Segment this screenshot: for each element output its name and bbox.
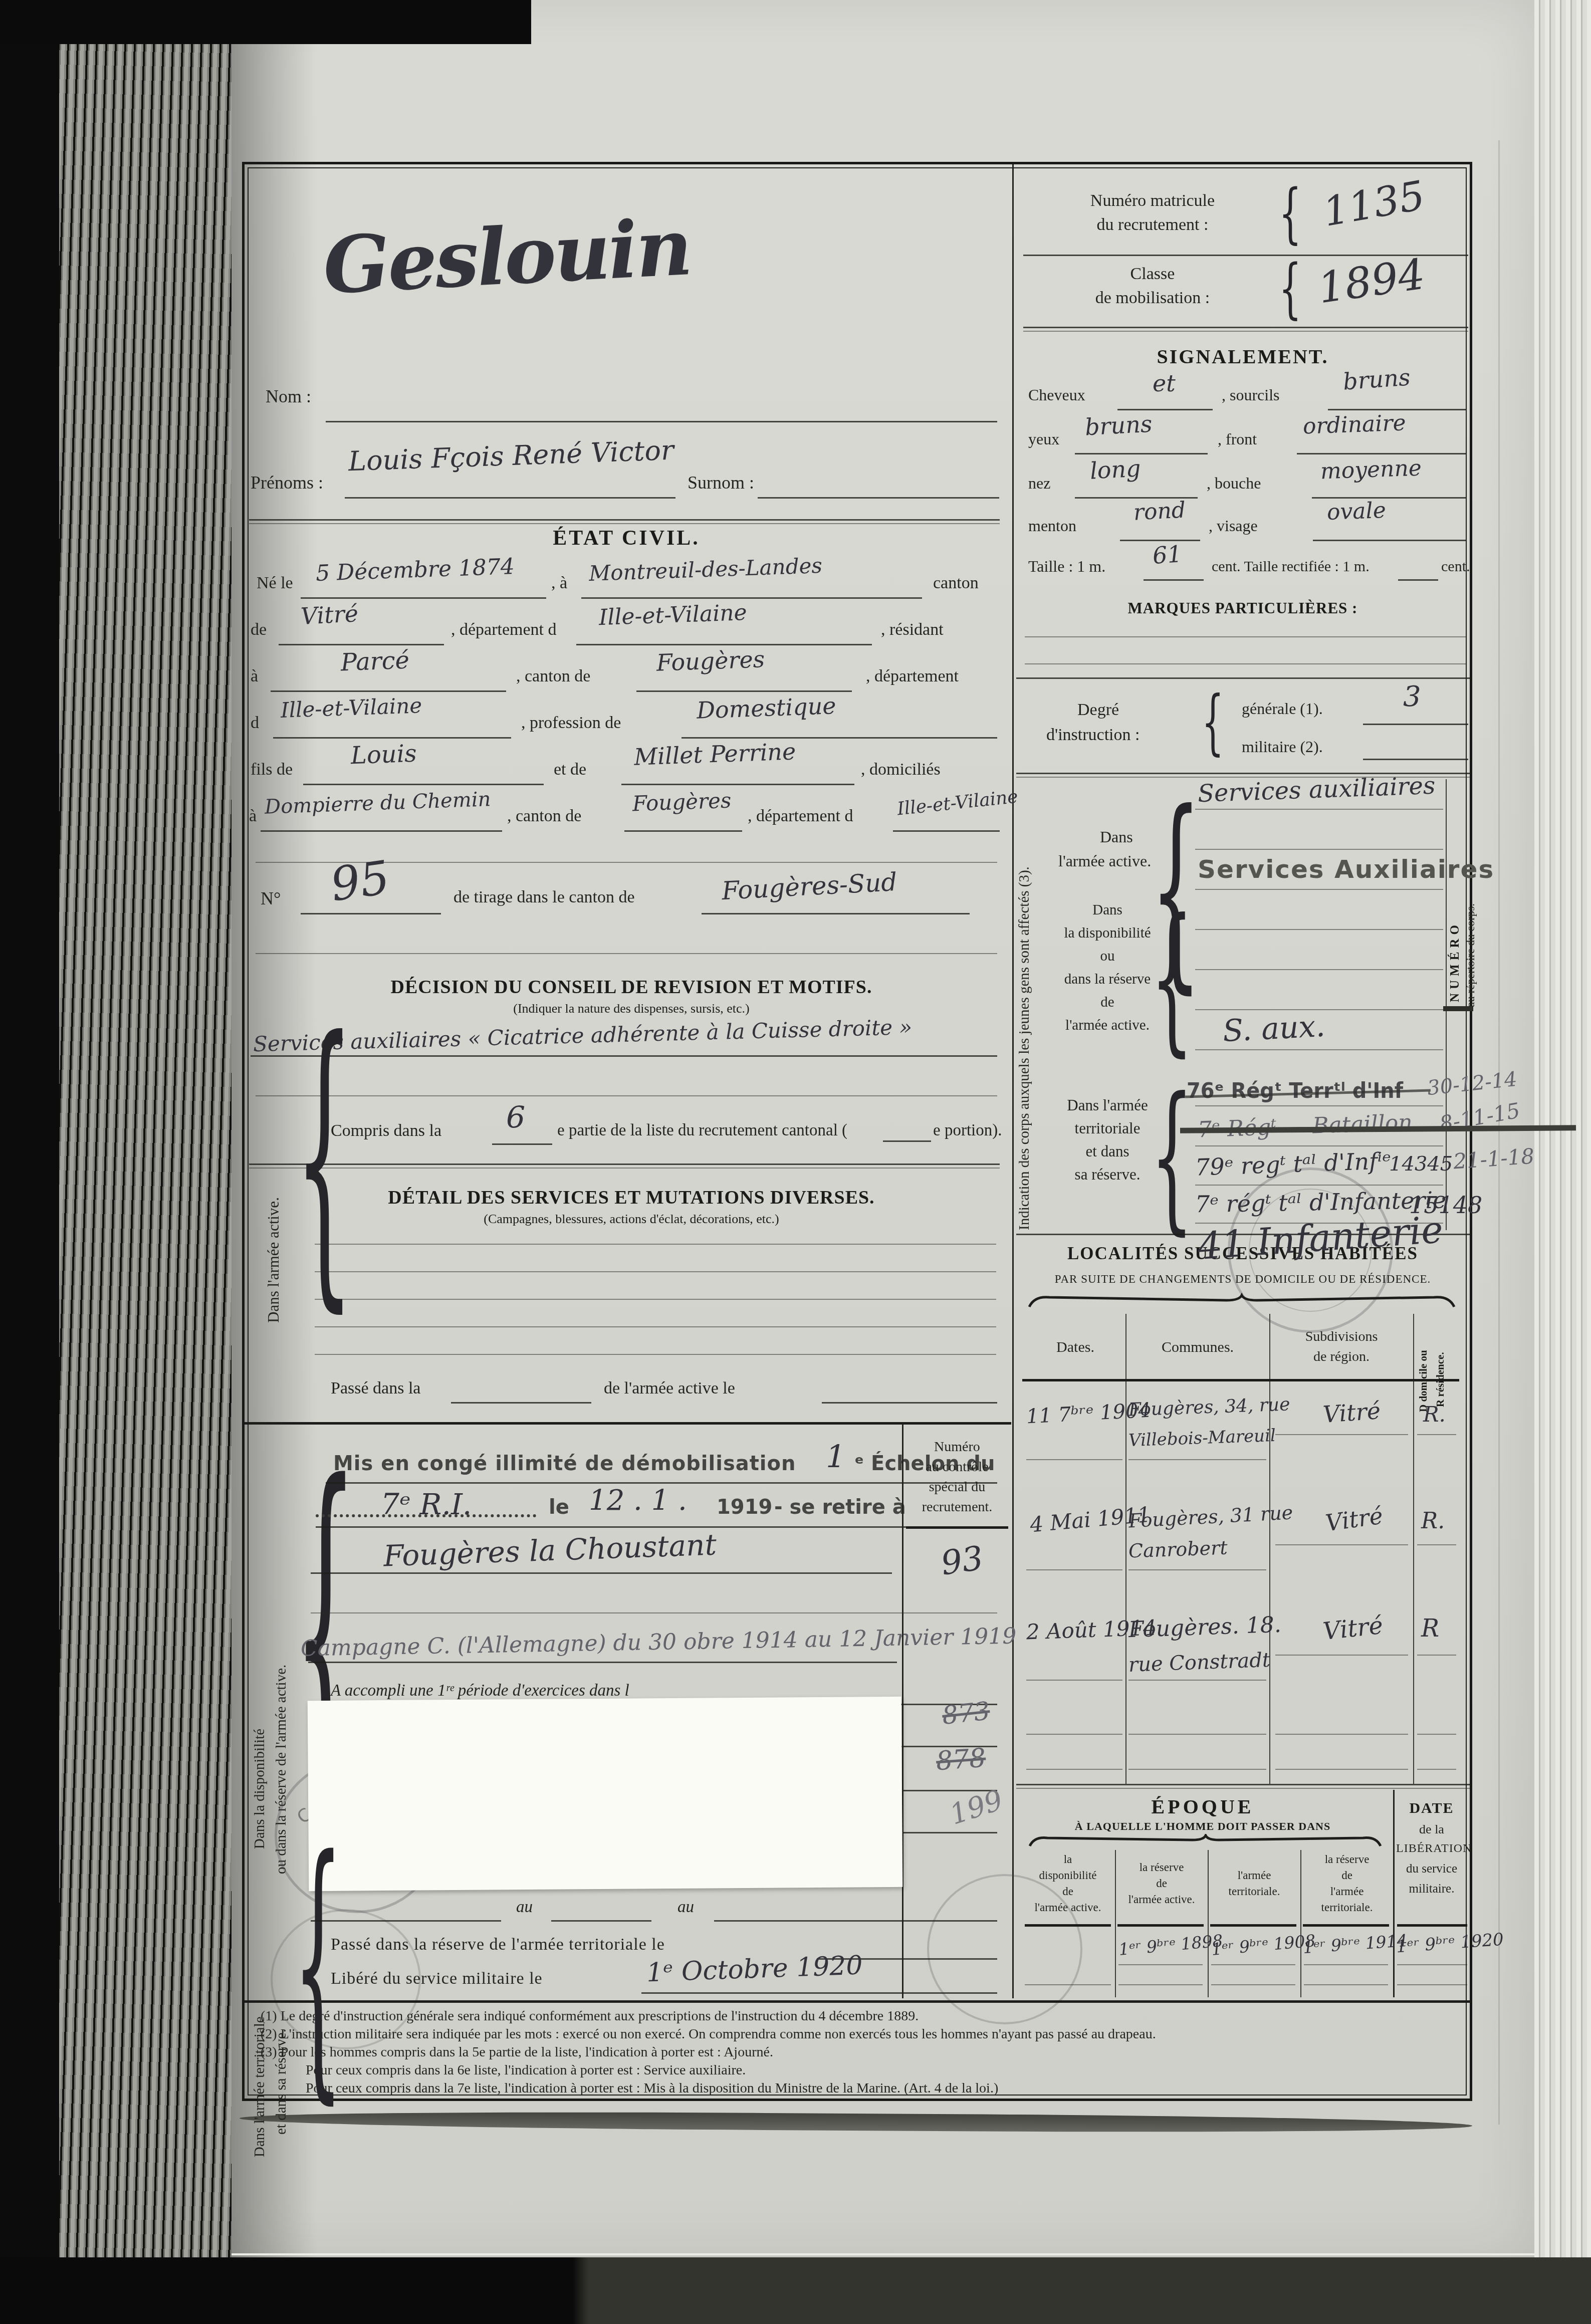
ul: [279, 644, 444, 645]
corps-dispo-label-1: la disponibilité: [1052, 925, 1163, 942]
canton-parents: Fougères: [632, 788, 732, 816]
blank-rule: [256, 1095, 997, 1096]
ul: [261, 830, 502, 832]
ul: [636, 690, 852, 692]
ul: [624, 830, 742, 832]
epoque-title: ÉPOQUE: [1052, 1795, 1353, 1818]
blank-rule: [1025, 636, 1466, 637]
epoque-col2-l0: la réserve: [1116, 1861, 1207, 1874]
epoque-header-rule: [1397, 1924, 1467, 1927]
nom-underline: [326, 421, 997, 422]
row-line: [1417, 1655, 1456, 1656]
epoque-top-rule-2: [1016, 1788, 1470, 1789]
epoque-value-rule: [1118, 1964, 1203, 1965]
row-line: [1128, 1734, 1266, 1735]
controle-header-1: Numéro: [904, 1439, 1010, 1455]
canton-de-label: , canton de: [516, 667, 590, 686]
compris-partie: 6: [506, 1100, 525, 1135]
matricule-label-2: du recrutement :: [1032, 215, 1273, 235]
localite-row1-subdiv: Vitré: [1322, 1397, 1381, 1428]
scanned-register-page: Nom : Geslouin Prénoms : Louis Fçois Ren…: [0, 0, 1591, 2324]
fore-edge: [1534, 0, 1591, 2324]
residence: Parcé: [340, 646, 410, 677]
row-line: [1128, 1680, 1266, 1681]
row-line: [1026, 1459, 1122, 1460]
ul: [681, 737, 997, 739]
signalement-title: SIGNALEMENT.: [1042, 345, 1443, 368]
cheveux-label: Cheveux: [1028, 386, 1085, 404]
canton-residence: Fougères: [656, 645, 765, 676]
ruled-line: [315, 1244, 996, 1245]
epoque-date-divider: [1393, 1790, 1395, 1997]
menton-label: menton: [1028, 517, 1076, 535]
controle-header-3: spécial du: [904, 1479, 1010, 1495]
surnom-underline: [758, 497, 999, 499]
epoque-brace: [1027, 1834, 1383, 1847]
decision-subtitle: (Indiquer la nature des dispenses, sursi…: [281, 1001, 982, 1016]
localites-brace: [1026, 1293, 1457, 1308]
epoque-subtitle: À LAQUELLE L'HOMME DOIT PASSER DANS: [1032, 1820, 1373, 1833]
controle-header-2: au contrôle: [904, 1459, 1010, 1475]
marques-label: MARQUES PARTICULIÈRES :: [1042, 599, 1443, 617]
localites-col-dr-1: D domicile ou: [1417, 1317, 1430, 1412]
tirage-no-value: 95: [327, 850, 393, 911]
fils-de-label: fils de: [251, 760, 293, 779]
divider: [1016, 677, 1470, 679]
localite-row3-commune-1: Fougères. 18.: [1128, 1612, 1281, 1643]
controle-n1: 93: [939, 1539, 986, 1583]
libere-label: Libéré du service militaire le: [331, 1969, 543, 1988]
localites-col-line-3: [1413, 1314, 1414, 1784]
matricule-brace: {: [1279, 180, 1301, 246]
ul: [893, 830, 1000, 832]
de-label: de: [251, 620, 267, 639]
ul: [714, 1920, 997, 1922]
passe-active-label-1: Passé dans la: [331, 1379, 420, 1398]
nez-label: nez: [1028, 474, 1050, 493]
identity-divider-1: [249, 519, 1000, 521]
footnote-divider: [245, 2000, 1470, 2003]
classe-label-1: Classe: [1032, 265, 1273, 284]
sourcils-value: bruns: [1342, 363, 1411, 395]
row-line: [1275, 1655, 1408, 1656]
epoque-empty-rule: [1211, 1984, 1295, 1985]
ul: [621, 784, 854, 785]
militaire-label: militaire (2).: [1242, 738, 1323, 756]
ul: [308, 1662, 897, 1663]
epoque-date-l3: du service: [1396, 1862, 1467, 1876]
ul: [451, 1402, 591, 1404]
pere: Louis: [350, 740, 417, 770]
localite-row3-dr: R: [1421, 1614, 1439, 1643]
ul: [1144, 579, 1204, 581]
repertoire-label-1: NUMÉRO: [1448, 792, 1462, 1002]
ruled-line: [315, 1354, 996, 1355]
identity-divider-2: [249, 523, 1000, 524]
ul: [1312, 497, 1466, 499]
localites-col-dates: Dates.: [1025, 1339, 1125, 1356]
row-line: [1026, 1734, 1122, 1735]
localites-subtitle: PAR SUITE DE CHANGEMENTS DE DOMICILE OU …: [1032, 1273, 1453, 1286]
row-line: [1026, 1569, 1122, 1570]
row-line: [1275, 1734, 1408, 1735]
epoque-col3-l0: l'armée: [1209, 1869, 1299, 1882]
classe-rule: [1023, 327, 1468, 328]
brace-armee-active: {: [295, 1002, 354, 1313]
canton-naissance: Vitré: [300, 600, 359, 630]
nez-value: long: [1089, 454, 1142, 484]
ul: [326, 1482, 997, 1484]
controle-header-4: recrutement.: [904, 1499, 1010, 1515]
compris-label-3: e portion).: [933, 1121, 1002, 1140]
epoque-value-rule: [1397, 1964, 1467, 1965]
epoque-col2-l1: de: [1116, 1877, 1207, 1890]
footnote-4: Pour ceux compris dans la 6e liste, l'in…: [306, 2062, 746, 2078]
corps-dispo-label-4: de: [1052, 994, 1163, 1011]
section-label-armee-active: Dans l'armée active.: [265, 1042, 283, 1323]
epoque-date-l1: de la: [1396, 1822, 1467, 1837]
section-divider-2: [249, 1168, 1000, 1169]
corps-dispo-label-0: Dans: [1052, 902, 1163, 918]
corps-dispo-label-2: ou: [1052, 948, 1163, 965]
localite-row2-dr: R.: [1421, 1508, 1445, 1534]
ul: [702, 913, 970, 914]
row-line: [1275, 1544, 1408, 1545]
degre-brace: {: [1202, 687, 1224, 758]
ul: [576, 644, 872, 645]
corps-line: [1195, 889, 1443, 890]
epoque-col3-l1: territoriale.: [1209, 1885, 1299, 1898]
departement-naissance: Ille-et-Vilaine: [598, 600, 747, 630]
demob-annee: 1919: [717, 1496, 772, 1519]
ruled-line: [315, 1299, 996, 1300]
corps-line: [1195, 1049, 1443, 1050]
row-line: [1128, 1769, 1266, 1770]
controle-n2: 873: [941, 1696, 991, 1730]
demob-date: 12 . 1 .: [589, 1484, 687, 1517]
corps-s-aux: S. aux.: [1222, 1009, 1326, 1049]
repertoire-label-2: au répertoire du corps.: [1464, 787, 1477, 1007]
epoque-col1-l0: la: [1022, 1853, 1113, 1866]
classe-brace: {: [1279, 256, 1301, 321]
band-divider: [245, 1422, 1011, 1425]
ul: [1363, 724, 1468, 725]
etat-civil-title: ÉTAT CIVIL.: [426, 526, 827, 550]
ne-le-label: Né le: [257, 574, 293, 593]
row-line: [1128, 1459, 1266, 1460]
corps-line: [1195, 969, 1443, 970]
demob-le: le: [549, 1496, 569, 1519]
row-line: [1275, 1434, 1408, 1435]
ul: [1313, 540, 1466, 541]
departement-d-label: , département d: [451, 620, 557, 639]
prenoms-label: Prénoms :: [251, 472, 323, 493]
generale-value: 3: [1403, 680, 1421, 713]
localite-row2-commune-2: Canrobert: [1128, 1537, 1228, 1562]
epoque-col-line-2: [1208, 1850, 1209, 1997]
blank-rule: [256, 953, 997, 954]
ul: [1117, 409, 1213, 410]
mere: Millet Perrine: [633, 738, 796, 770]
menton-value: rond: [1133, 497, 1187, 525]
demob-stamp-1: Mis en congé illimité de démobilisation: [333, 1452, 796, 1475]
residant-label: , résidant: [881, 620, 944, 639]
ul: [301, 597, 546, 599]
epoque-date-l0: DATE: [1396, 1800, 1467, 1817]
surnom-label: Surnom :: [688, 472, 754, 493]
epoque-header-rule: [1210, 1924, 1296, 1927]
blank-rule: [1025, 663, 1466, 664]
page-crease: [1498, 140, 1500, 2125]
column-divider: [1012, 164, 1014, 1998]
ul: [1398, 579, 1438, 581]
footnote-1: (1) Le degré d'instruction générale sera…: [261, 2008, 919, 2024]
epoque-header-rule: [1303, 1924, 1389, 1927]
epoque-top-rule: [1016, 1784, 1470, 1785]
ul: [1297, 453, 1466, 454]
row-line: [1026, 1680, 1122, 1681]
services-title: DÉTAIL DES SERVICES ET MUTATIONS DIVERSE…: [281, 1187, 982, 1209]
yeux-value: bruns: [1084, 410, 1153, 441]
corps-line: [1195, 1145, 1443, 1146]
corps-dispo-label-5: l'armée active.: [1052, 1017, 1163, 1034]
strike-dotted: [316, 1514, 536, 1517]
bouche-label: , bouche: [1207, 474, 1261, 493]
departement-d2-label: , département d: [748, 807, 853, 826]
ul: [822, 1402, 997, 1404]
ul: [311, 1572, 892, 1574]
corps-active-label-2: l'armée active.: [1058, 852, 1151, 870]
taille-rect-label: cent. Taille rectifiée : 1 m.: [1212, 558, 1370, 575]
epoque-col-line-3: [1300, 1850, 1301, 1997]
degre-label-1: Degré: [1077, 701, 1119, 720]
a-label: , à: [551, 574, 567, 593]
sourcils-label: , sourcils: [1222, 386, 1280, 404]
row-line: [1417, 1434, 1456, 1435]
bouche-value: moyenne: [1320, 455, 1422, 484]
controle-n3: 878: [935, 1743, 987, 1777]
corps-dispo-stamp: Services Auxiliaires: [1198, 855, 1494, 884]
localites-col-subdiv-2: de région.: [1272, 1349, 1411, 1365]
page-stack-edge: [59, 0, 236, 2324]
departement-residence: Ille-et-Vilaine: [280, 693, 422, 723]
blank-rule: [311, 1612, 997, 1613]
matricule-label-1: Numéro matricule: [1032, 191, 1273, 210]
ul: [1075, 453, 1208, 454]
corps-line: [1195, 809, 1443, 810]
au-label-3: au: [516, 1898, 533, 1917]
cheveux-value: et: [1153, 370, 1176, 397]
visage-value: ovale: [1326, 498, 1386, 525]
degre-label-2: d'instruction :: [1046, 726, 1140, 745]
bottom-black-margin: [0, 2257, 1591, 2324]
ul: [271, 690, 506, 692]
epoque-col4-l1: de: [1302, 1869, 1392, 1882]
ul: [251, 1055, 997, 1057]
front-label: , front: [1218, 430, 1257, 448]
ruled-line: [315, 1326, 996, 1327]
corps-entry-79-num: 14345: [1389, 1152, 1453, 1176]
taille-label: Taille : 1 m.: [1028, 557, 1105, 576]
canton-de2-label: , canton de: [507, 807, 581, 826]
epoque-value-rule: [1304, 1964, 1388, 1965]
ul: [581, 597, 922, 599]
controle-box-border: [902, 1424, 903, 1998]
top-black-margin: [0, 0, 531, 44]
decision-title: DÉCISION DU CONSEIL DE REVISION ET MOTIF…: [281, 976, 982, 998]
epoque-empty-rule: [1304, 1984, 1388, 1985]
ul: [273, 737, 511, 739]
passe-reserve-terr-label: Passé dans la réserve de l'armée territo…: [331, 1935, 665, 1954]
demob-echelon-num: 1: [826, 1438, 845, 1475]
et-de-label: et de: [554, 760, 586, 779]
taille-value: 61: [1152, 540, 1183, 569]
ul: [551, 1920, 651, 1922]
footnote-5: Pour ceux compris dans la 7e liste, l'in…: [306, 2080, 998, 2097]
cent-label: cent.: [1441, 558, 1470, 575]
departement-label: , département: [866, 667, 959, 686]
localites-header-rule: [1022, 1379, 1459, 1381]
corps-line: [1195, 849, 1443, 850]
epoque-empty-rule: [1118, 1984, 1203, 1985]
epoque-col4-l0: la réserve: [1302, 1853, 1392, 1866]
localite-row3-commune-2: rue Constradt: [1128, 1649, 1270, 1677]
ul: [303, 784, 544, 785]
localite-row1-dr: R.: [1423, 1402, 1446, 1427]
row-line: [1275, 1769, 1408, 1770]
ul: [311, 1920, 501, 1922]
corps-terr-label-2: et dans: [1047, 1142, 1168, 1160]
domicilies-label: , domiciliés: [861, 760, 941, 779]
corps-dispo-label-3: dans la réserve: [1052, 971, 1163, 988]
yeux-label: yeux: [1028, 430, 1059, 448]
epoque-col4-l2: l'armée: [1302, 1885, 1392, 1898]
corps-line: [1195, 1105, 1443, 1106]
localites-col-communes: Communes.: [1127, 1339, 1268, 1356]
row-line: [1417, 1734, 1456, 1735]
classe-rule-2: [1023, 331, 1468, 332]
periode-1-label: A accompli une 1ʳᵉ période d'exercices d…: [331, 1682, 629, 1700]
compris-label-2: e partie de la liste du recrutement cant…: [557, 1121, 847, 1140]
a3-label: à: [249, 807, 257, 826]
tirage-label: de tirage dans le canton de: [453, 888, 635, 907]
corps-dispo-brace: {: [1151, 898, 1194, 1058]
classe-label-2: de mobilisation :: [1032, 289, 1273, 308]
epoque-col-line-1: [1115, 1850, 1116, 1997]
front-value: ordinaire: [1302, 410, 1406, 439]
tirage-no-label: N°: [261, 888, 281, 909]
canton-label: canton: [933, 574, 979, 593]
epoque-date-l4: militaire.: [1396, 1882, 1467, 1896]
row-line: [1417, 1544, 1456, 1545]
ul: [1363, 759, 1468, 760]
localites-col-line-1: [1125, 1314, 1126, 1784]
obscured-patch: [308, 1697, 903, 1891]
profession-label: , profession de: [521, 714, 621, 733]
section-label-dispo-1: Dans la disponibilité: [252, 1468, 268, 1849]
au-label-4: au: [677, 1898, 694, 1917]
localites-col-subdiv-1: Subdivisions: [1272, 1329, 1411, 1345]
ruled-line: [315, 1271, 996, 1272]
ul: [316, 1526, 997, 1528]
row-line: [1417, 1769, 1456, 1770]
localites-col-dr-2: R résidence.: [1434, 1322, 1447, 1407]
ul: [641, 1992, 997, 1994]
demob-retire: - se retire à: [774, 1496, 906, 1519]
brace-terr: {: [293, 1824, 343, 2105]
footnote-2: (2) L'instruction militaire sera indiqué…: [261, 2026, 1156, 2042]
repertoire-end-dash: [1443, 1006, 1473, 1011]
corps-active-label-1: Dans: [1100, 828, 1133, 846]
epoque-empty-rule: [1025, 1984, 1111, 1985]
corps-terr-label-3: sa réserve.: [1047, 1166, 1168, 1184]
epoque-col4-l3: territoriale.: [1302, 1901, 1392, 1914]
nom-value: Geslouin: [321, 201, 693, 312]
controle-header-rule: [906, 1526, 1008, 1529]
visage-label: , visage: [1209, 517, 1258, 535]
corps-terr-label-0: Dans l'armée: [1047, 1096, 1168, 1114]
ul: [492, 1143, 552, 1145]
epoque-header-rule: [1025, 1924, 1111, 1927]
nom-label: Nom :: [266, 386, 311, 407]
corps-terr-label-1: territoriale: [1047, 1119, 1168, 1137]
generale-label: générale (1).: [1242, 700, 1323, 718]
localites-col-line-2: [1269, 1314, 1270, 1784]
services-subtitle: (Campagnes, blessures, actions d'éclat, …: [281, 1212, 982, 1227]
epoque-col1-l3: l'armée active.: [1022, 1901, 1113, 1914]
ul: [1120, 540, 1200, 541]
corps-line: [1195, 929, 1443, 930]
ul: [883, 1140, 931, 1142]
epoque-col2-l2: l'armée active.: [1116, 1893, 1207, 1906]
ul: [301, 913, 441, 914]
epoque-col1-l2: de: [1022, 1885, 1113, 1898]
epoque-col1-l1: disponibilité: [1022, 1869, 1113, 1882]
profession: Domestique: [696, 692, 836, 724]
section-divider: [249, 1164, 1000, 1165]
section-label-terr-1: Dans l'armée territoriale: [252, 1836, 268, 2157]
epoque-empty-rule: [1397, 1984, 1467, 1985]
a2-label: à: [251, 667, 258, 686]
epoque-value-rule: [1211, 1964, 1295, 1965]
prenoms-underline: [345, 497, 675, 499]
d-label: d: [251, 714, 259, 733]
epoque-date-l2: LIBÉRATION: [1396, 1842, 1467, 1855]
row-line: [1128, 1569, 1266, 1570]
passe-active-label-2: de l'armée active le: [604, 1379, 735, 1398]
epoque-header-rule: [1117, 1924, 1204, 1927]
row-line: [1026, 1769, 1122, 1770]
corps-indication-label: Indication des corps auxquels les jeunes…: [1016, 784, 1033, 1230]
page-bottom-edge: [232, 2253, 1534, 2255]
